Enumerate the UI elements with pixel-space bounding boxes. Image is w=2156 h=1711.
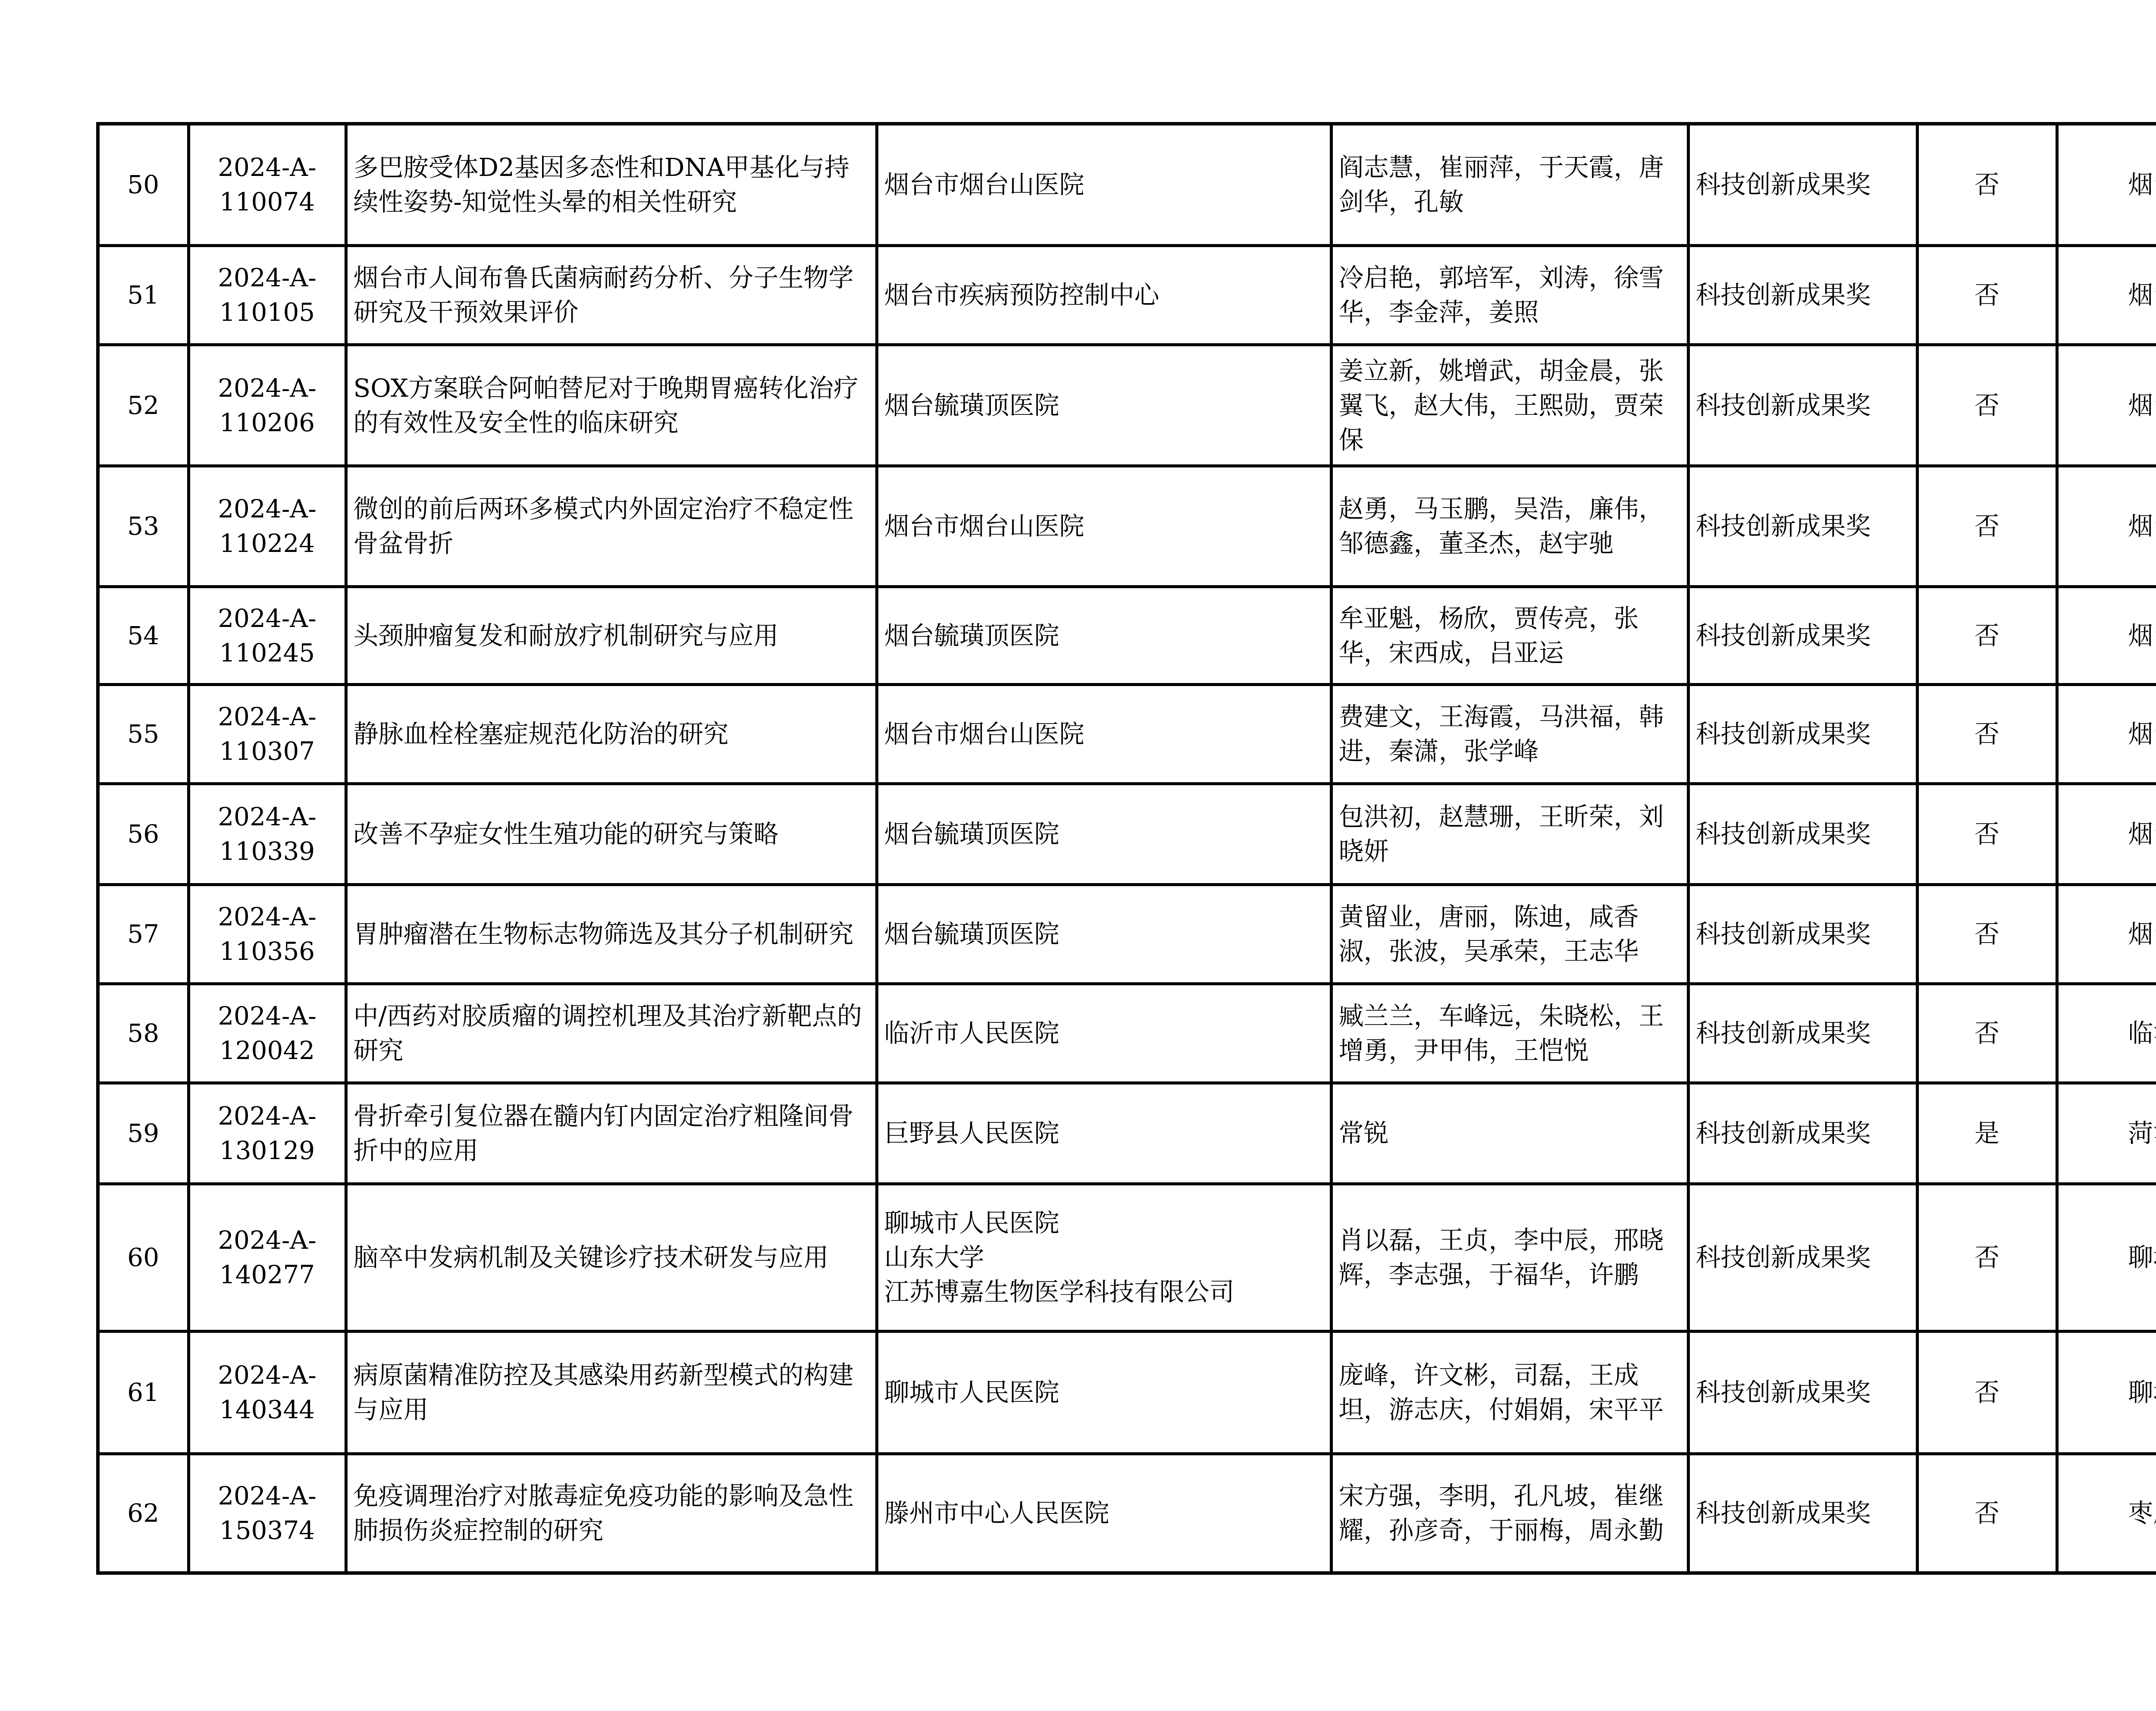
award-category-text: 科技创新成果奖 xyxy=(1696,511,1871,541)
project-id-number: 140344 xyxy=(196,1392,338,1427)
project-id: 2024-A- 110074 xyxy=(188,124,346,245)
project-title: 免疫调理治疗对脓毒症免疫功能的影响及急性肺损伤炎症控制的研究 xyxy=(346,1454,877,1573)
institution-name: 滕州市中心人民医院 xyxy=(884,1496,1324,1530)
completers-text: 庞峰，许文彬，司磊，王成坦，游志庆，付娟娟，宋平平 xyxy=(1339,1360,1664,1424)
award-category: 科技创新成果奖 xyxy=(1688,586,1917,684)
completing-institutions: 烟台市烟台山医院 xyxy=(877,124,1331,245)
yes-no-flag: 否 xyxy=(1917,345,2057,466)
recommending-unit-text: 临沂市医学会 xyxy=(2128,1018,2156,1048)
yes-no-flag-text: 否 xyxy=(1974,1378,1999,1407)
table-row: 55 2024-A- 110307 静脉血栓栓塞症规范化防治的研究 烟台市烟台山… xyxy=(98,684,2156,783)
project-title: SOX方案联合阿帕替尼对于晚期胃癌转化治疗的有效性及安全性的临床研究 xyxy=(346,345,877,466)
project-title: 脑卒中发病机制及关键诊疗技术研发与应用 xyxy=(346,1184,877,1331)
institution-name: 烟台市烟台山医院 xyxy=(884,717,1324,751)
award-category-text: 科技创新成果奖 xyxy=(1696,819,1871,849)
project-title: 头颈肿瘤复发和耐放疗机制研究与应用 xyxy=(346,586,877,684)
project-title: 多巴胺受体D2基因多态性和DNA甲基化与持续性姿势-知觉性头晕的相关性研究 xyxy=(346,124,877,245)
project-title-text: SOX方案联合阿帕替尼对于晚期胃癌转化治疗的有效性及安全性的临床研究 xyxy=(354,373,859,437)
project-id-prefix: 2024-A- xyxy=(196,1223,338,1257)
project-id: 2024-A- 110206 xyxy=(188,345,346,466)
project-title-text: 改善不孕症女性生殖功能的研究与策略 xyxy=(354,819,779,849)
row-number-text: 55 xyxy=(127,719,159,749)
institution-name: 烟台市烟台山医院 xyxy=(884,167,1324,202)
table-body: 50 2024-A- 110074 多巴胺受体D2基因多态性和DNA甲基化与持续… xyxy=(98,124,2156,1573)
project-title-text: 微创的前后两环多模式内外固定治疗不稳定性骨盆骨折 xyxy=(354,494,854,558)
row-number: 55 xyxy=(98,684,188,783)
completers: 黄留业，唐丽，陈迪，咸香淑，张波，吴承荣，王志华 xyxy=(1331,884,1688,984)
project-id-prefix: 2024-A- xyxy=(196,371,338,405)
completers-text: 姜立新，姚增武，胡金晨，张翼飞，赵大伟，王熙勋，贾荣保 xyxy=(1339,356,1664,454)
project-id-number: 110105 xyxy=(196,295,338,329)
project-title: 胃肿瘤潜在生物标志物筛选及其分子机制研究 xyxy=(346,884,877,984)
project-id: 2024-A- 130129 xyxy=(188,1083,346,1184)
recommending-unit-text: 烟台市医学会 xyxy=(2128,280,2156,310)
yes-no-flag-text: 否 xyxy=(1974,170,1999,199)
award-category-text: 科技创新成果奖 xyxy=(1696,1119,1871,1148)
completing-institutions: 烟台市疾病预防控制中心 xyxy=(877,245,1331,345)
recommending-unit-text: 聊城市医学会 xyxy=(2128,1243,2156,1272)
completing-institutions: 烟台毓璜顶医院 xyxy=(877,586,1331,684)
award-category-text: 科技创新成果奖 xyxy=(1696,1498,1871,1528)
yes-no-flag: 是 xyxy=(1917,1083,2057,1184)
project-id-prefix: 2024-A- xyxy=(196,150,338,185)
project-id-prefix: 2024-A- xyxy=(196,492,338,526)
recommending-unit-text: 聊城市医学会 xyxy=(2128,1378,2156,1407)
table-row: 60 2024-A- 140277 脑卒中发病机制及关键诊疗技术研发与应用 聊城… xyxy=(98,1184,2156,1331)
project-title-text: 中/西药对胶质瘤的调控机理及其治疗新靶点的研究 xyxy=(354,1001,862,1065)
recommending-unit: 菏泽市医学会 xyxy=(2057,1083,2156,1184)
project-id: 2024-A- 110339 xyxy=(188,783,346,884)
institution-name: 江苏博嘉生物医学科技有限公司 xyxy=(884,1275,1324,1309)
document-page: 50 2024-A- 110074 多巴胺受体D2基因多态性和DNA甲基化与持续… xyxy=(0,0,2156,1711)
project-id: 2024-A- 110307 xyxy=(188,684,346,783)
completers: 宋方强，李明，孔凡坡，崔继耀，孙彦奇，于丽梅，周永勤 xyxy=(1331,1454,1688,1573)
table-row: 51 2024-A- 110105 烟台市人间布鲁氏菌病耐药分析、分子生物学研究… xyxy=(98,245,2156,345)
row-number-text: 60 xyxy=(127,1243,159,1272)
project-id-number: 130129 xyxy=(196,1133,338,1168)
yes-no-flag: 否 xyxy=(1917,783,2057,884)
recommending-unit: 烟台市医学会 xyxy=(2057,783,2156,884)
row-number: 58 xyxy=(98,984,188,1083)
completers: 臧兰兰，车峰远，朱晓松，王增勇，尹甲伟，王恺悦 xyxy=(1331,984,1688,1083)
award-category: 科技创新成果奖 xyxy=(1688,1454,1917,1573)
row-number: 56 xyxy=(98,783,188,884)
yes-no-flag-text: 否 xyxy=(1974,280,1999,310)
yes-no-flag: 否 xyxy=(1917,586,2057,684)
project-id-prefix: 2024-A- xyxy=(196,1479,338,1513)
award-category-text: 科技创新成果奖 xyxy=(1696,719,1871,749)
table-row: 59 2024-A- 130129 骨折牵引复位器在髓内钉内固定治疗粗隆间骨折中… xyxy=(98,1083,2156,1184)
project-id: 2024-A- 140277 xyxy=(188,1184,346,1331)
project-id-number: 110245 xyxy=(196,636,338,670)
project-title-text: 骨折牵引复位器在髓内钉内固定治疗粗隆间骨折中的应用 xyxy=(354,1101,854,1165)
award-category-text: 科技创新成果奖 xyxy=(1696,280,1871,310)
completers: 姜立新，姚增武，胡金晨，张翼飞，赵大伟，王熙勋，贾荣保 xyxy=(1331,345,1688,466)
institution-name: 聊城市人民医院 xyxy=(884,1206,1324,1240)
completing-institutions: 烟台毓璜顶医院 xyxy=(877,884,1331,984)
award-category-text: 科技创新成果奖 xyxy=(1696,391,1871,420)
project-title: 烟台市人间布鲁氏菌病耐药分析、分子生物学研究及干预效果评价 xyxy=(346,245,877,345)
row-number: 60 xyxy=(98,1184,188,1331)
completers-text: 肖以磊，王贞，李中辰，邢晓辉，李志强，于福华，许鹏 xyxy=(1339,1225,1664,1289)
yes-no-flag-text: 否 xyxy=(1974,511,1999,541)
award-category: 科技创新成果奖 xyxy=(1688,1331,1917,1454)
award-category: 科技创新成果奖 xyxy=(1688,783,1917,884)
table-row: 58 2024-A- 120042 中/西药对胶质瘤的调控机理及其治疗新靶点的研… xyxy=(98,984,2156,1083)
yes-no-flag: 否 xyxy=(1917,684,2057,783)
award-category-text: 科技创新成果奖 xyxy=(1696,919,1871,949)
recommending-unit-text: 烟台市医学会 xyxy=(2128,919,2156,949)
recommending-unit: 烟台市医学会 xyxy=(2057,345,2156,466)
row-number-text: 59 xyxy=(127,1119,159,1148)
row-number-text: 62 xyxy=(127,1498,159,1528)
project-id: 2024-A- 110224 xyxy=(188,466,346,586)
table-row: 52 2024-A- 110206 SOX方案联合阿帕替尼对于晚期胃癌转化治疗的… xyxy=(98,345,2156,466)
yes-no-flag-text: 否 xyxy=(1974,1018,1999,1048)
recommending-unit: 烟台市医学会 xyxy=(2057,884,2156,984)
yes-no-flag-text: 否 xyxy=(1974,621,1999,650)
completers: 肖以磊，王贞，李中辰，邢晓辉，李志强，于福华，许鹏 xyxy=(1331,1184,1688,1331)
recommending-unit-text: 烟台市医学会 xyxy=(2128,719,2156,749)
award-category: 科技创新成果奖 xyxy=(1688,1184,1917,1331)
completers: 费建文，王海霞，马洪福，韩进，秦潇，张学峰 xyxy=(1331,684,1688,783)
award-category: 科技创新成果奖 xyxy=(1688,345,1917,466)
award-category-text: 科技创新成果奖 xyxy=(1696,170,1871,199)
project-title: 骨折牵引复位器在髓内钉内固定治疗粗隆间骨折中的应用 xyxy=(346,1083,877,1184)
row-number-text: 58 xyxy=(127,1018,159,1048)
award-category: 科技创新成果奖 xyxy=(1688,984,1917,1083)
project-title: 改善不孕症女性生殖功能的研究与策略 xyxy=(346,783,877,884)
row-number-text: 50 xyxy=(127,170,159,199)
project-id-number: 110356 xyxy=(196,934,338,968)
award-category: 科技创新成果奖 xyxy=(1688,684,1917,783)
project-id: 2024-A- 110356 xyxy=(188,884,346,984)
project-title-text: 免疫调理治疗对脓毒症免疫功能的影响及急性肺损伤炎症控制的研究 xyxy=(354,1481,854,1545)
yes-no-flag-text: 否 xyxy=(1974,919,1999,949)
completers-text: 常锐 xyxy=(1339,1119,1389,1148)
recommending-unit: 烟台市医学会 xyxy=(2057,245,2156,345)
row-number: 61 xyxy=(98,1331,188,1454)
recommending-unit-text: 菏泽市医学会 xyxy=(2128,1119,2156,1148)
yes-no-flag-text: 否 xyxy=(1974,391,1999,420)
row-number: 53 xyxy=(98,466,188,586)
yes-no-flag: 否 xyxy=(1917,1184,2057,1331)
completers-text: 费建文，王海霞，马洪福，韩进，秦潇，张学峰 xyxy=(1339,702,1664,766)
institution-name: 烟台毓璜顶医院 xyxy=(884,917,1324,951)
project-id-prefix: 2024-A- xyxy=(196,1099,338,1133)
institution-name: 临沂市人民医院 xyxy=(884,1016,1324,1050)
completers: 赵勇，马玉鹏，吴浩，廉伟，邹德鑫，董圣杰，赵宇驰 xyxy=(1331,466,1688,586)
award-category-text: 科技创新成果奖 xyxy=(1696,1378,1871,1407)
recommending-unit: 烟台市医学会 xyxy=(2057,124,2156,245)
institution-name: 巨野县人民医院 xyxy=(884,1116,1324,1150)
recommending-unit: 烟台市医学会 xyxy=(2057,466,2156,586)
project-id-prefix: 2024-A- xyxy=(196,699,338,734)
row-number: 51 xyxy=(98,245,188,345)
awards-table: 50 2024-A- 110074 多巴胺受体D2基因多态性和DNA甲基化与持续… xyxy=(96,122,2156,1575)
completers-text: 阎志慧，崔丽萍，于天霞，唐剑华，孔敏 xyxy=(1339,153,1664,216)
project-title-text: 脑卒中发病机制及关键诊疗技术研发与应用 xyxy=(354,1243,829,1272)
recommending-unit-text: 烟台市医学会 xyxy=(2128,511,2156,541)
institution-name: 烟台市烟台山医院 xyxy=(884,509,1324,543)
project-id-number: 120042 xyxy=(196,1033,338,1068)
completing-institutions: 烟台市烟台山医院 xyxy=(877,466,1331,586)
yes-no-flag: 否 xyxy=(1917,884,2057,984)
completing-institutions: 烟台毓璜顶医院 xyxy=(877,345,1331,466)
row-number: 62 xyxy=(98,1454,188,1573)
yes-no-flag-text: 否 xyxy=(1974,719,1999,749)
completing-institutions: 烟台市烟台山医院 xyxy=(877,684,1331,783)
table-row: 53 2024-A- 110224 微创的前后两环多模式内外固定治疗不稳定性骨盆… xyxy=(98,466,2156,586)
completers: 庞峰，许文彬，司磊，王成坦，游志庆，付娟娟，宋平平 xyxy=(1331,1331,1688,1454)
row-number-text: 52 xyxy=(127,391,159,420)
completers: 包洪初，赵慧珊，王昕荣，刘晓妍 xyxy=(1331,783,1688,884)
completers-text: 臧兰兰，车峰远，朱晓松，王增勇，尹甲伟，王恺悦 xyxy=(1339,1001,1664,1065)
institution-name: 山东大学 xyxy=(884,1240,1324,1275)
table-row: 57 2024-A- 110356 胃肿瘤潜在生物标志物筛选及其分子机制研究 烟… xyxy=(98,884,2156,984)
project-title: 静脉血栓栓塞症规范化防治的研究 xyxy=(346,684,877,783)
completing-institutions: 滕州市中心人民医院 xyxy=(877,1454,1331,1573)
table-row: 62 2024-A- 150374 免疫调理治疗对脓毒症免疫功能的影响及急性肺损… xyxy=(98,1454,2156,1573)
yes-no-flag-text: 否 xyxy=(1974,1498,1999,1528)
table-row: 50 2024-A- 110074 多巴胺受体D2基因多态性和DNA甲基化与持续… xyxy=(98,124,2156,245)
completers-text: 宋方强，李明，孔凡坡，崔继耀，孙彦奇，于丽梅，周永勤 xyxy=(1339,1481,1664,1545)
project-title-text: 烟台市人间布鲁氏菌病耐药分析、分子生物学研究及干预效果评价 xyxy=(354,263,854,327)
institution-name: 烟台毓璜顶医院 xyxy=(884,817,1324,851)
yes-no-flag: 否 xyxy=(1917,984,2057,1083)
recommending-unit: 枣庄市医学会 xyxy=(2057,1454,2156,1573)
project-id-prefix: 2024-A- xyxy=(196,1358,338,1392)
recommending-unit: 烟台市医学会 xyxy=(2057,684,2156,783)
yes-no-flag: 否 xyxy=(1917,245,2057,345)
completing-institutions: 烟台毓璜顶医院 xyxy=(877,783,1331,884)
project-id-prefix: 2024-A- xyxy=(196,999,338,1033)
award-category: 科技创新成果奖 xyxy=(1688,1083,1917,1184)
project-id-number: 110074 xyxy=(196,185,338,219)
recommending-unit: 临沂市医学会 xyxy=(2057,984,2156,1083)
award-category: 科技创新成果奖 xyxy=(1688,884,1917,984)
project-id-prefix: 2024-A- xyxy=(196,601,338,636)
recommending-unit: 烟台市医学会 xyxy=(2057,586,2156,684)
institution-name: 烟台毓璜顶医院 xyxy=(884,388,1324,423)
yes-no-flag-text: 否 xyxy=(1974,819,1999,849)
yes-no-flag: 否 xyxy=(1917,1454,2057,1573)
recommending-unit-text: 烟台市医学会 xyxy=(2128,621,2156,650)
row-number-text: 53 xyxy=(127,511,159,541)
recommending-unit: 聊城市医学会 xyxy=(2057,1331,2156,1454)
completing-institutions: 巨野县人民医院 xyxy=(877,1083,1331,1184)
completers: 常锐 xyxy=(1331,1083,1688,1184)
project-title: 微创的前后两环多模式内外固定治疗不稳定性骨盆骨折 xyxy=(346,466,877,586)
yes-no-flag: 否 xyxy=(1917,124,2057,245)
completers-text: 冷启艳，郭培军，刘涛，徐雪华，李金萍，姜照 xyxy=(1339,263,1664,327)
project-id: 2024-A- 120042 xyxy=(188,984,346,1083)
yes-no-flag: 否 xyxy=(1917,1331,2057,1454)
row-number: 54 xyxy=(98,586,188,684)
row-number: 57 xyxy=(98,884,188,984)
project-title-text: 病原菌精准防控及其感染用药新型模式的构建与应用 xyxy=(354,1360,854,1424)
project-id-number: 150374 xyxy=(196,1513,338,1548)
recommending-unit-text: 烟台市医学会 xyxy=(2128,170,2156,199)
award-category: 科技创新成果奖 xyxy=(1688,466,1917,586)
recommending-unit: 聊城市医学会 xyxy=(2057,1184,2156,1331)
project-title-text: 静脉血栓栓塞症规范化防治的研究 xyxy=(354,719,729,749)
project-id-number: 110224 xyxy=(196,526,338,561)
recommending-unit-text: 烟台市医学会 xyxy=(2128,391,2156,420)
table-row: 56 2024-A- 110339 改善不孕症女性生殖功能的研究与策略 烟台毓璜… xyxy=(98,783,2156,884)
table-row: 61 2024-A- 140344 病原菌精准防控及其感染用药新型模式的构建与应… xyxy=(98,1331,2156,1454)
project-id: 2024-A- 140344 xyxy=(188,1331,346,1454)
institution-name: 烟台毓璜顶医院 xyxy=(884,618,1324,653)
row-number: 52 xyxy=(98,345,188,466)
institution-name: 聊城市人民医院 xyxy=(884,1375,1324,1410)
completers: 阎志慧，崔丽萍，于天霞，唐剑华，孔敏 xyxy=(1331,124,1688,245)
yes-no-flag: 否 xyxy=(1917,466,2057,586)
project-id-number: 110339 xyxy=(196,834,338,868)
award-category: 科技创新成果奖 xyxy=(1688,245,1917,345)
row-number-text: 56 xyxy=(127,819,159,849)
award-category-text: 科技创新成果奖 xyxy=(1696,1018,1871,1048)
yes-no-flag-text: 是 xyxy=(1974,1119,1999,1148)
row-number-text: 51 xyxy=(127,280,159,310)
completers-text: 牟亚魁，杨欣，贾传亮，张华，宋西成，吕亚运 xyxy=(1339,604,1639,667)
completing-institutions: 聊城市人民医院 xyxy=(877,1331,1331,1454)
project-id-prefix: 2024-A- xyxy=(196,799,338,834)
yes-no-flag-text: 否 xyxy=(1974,1243,1999,1272)
project-title: 病原菌精准防控及其感染用药新型模式的构建与应用 xyxy=(346,1331,877,1454)
project-id-number: 140277 xyxy=(196,1257,338,1292)
completers: 冷启艳，郭培军，刘涛，徐雪华，李金萍，姜照 xyxy=(1331,245,1688,345)
project-title-text: 头颈肿瘤复发和耐放疗机制研究与应用 xyxy=(354,621,779,650)
project-title: 中/西药对胶质瘤的调控机理及其治疗新靶点的研究 xyxy=(346,984,877,1083)
project-title-text: 多巴胺受体D2基因多态性和DNA甲基化与持续性姿势-知觉性头晕的相关性研究 xyxy=(354,153,850,216)
award-category: 科技创新成果奖 xyxy=(1688,124,1917,245)
completers-text: 黄留业，唐丽，陈迪，咸香淑，张波，吴承荣，王志华 xyxy=(1339,902,1639,966)
row-number-text: 54 xyxy=(127,621,159,650)
recommending-unit-text: 枣庄市医学会 xyxy=(2128,1498,2156,1528)
completers-text: 包洪初，赵慧珊，王昕荣，刘晓妍 xyxy=(1339,802,1664,866)
award-category-text: 科技创新成果奖 xyxy=(1696,1243,1871,1272)
recommending-unit-text: 烟台市医学会 xyxy=(2128,819,2156,849)
completers: 牟亚魁，杨欣，贾传亮，张华，宋西成，吕亚运 xyxy=(1331,586,1688,684)
row-number: 50 xyxy=(98,124,188,245)
row-number-text: 57 xyxy=(127,919,159,949)
project-id-number: 110307 xyxy=(196,734,338,768)
award-category-text: 科技创新成果奖 xyxy=(1696,621,1871,650)
project-id-prefix: 2024-A- xyxy=(196,899,338,934)
project-id-prefix: 2024-A- xyxy=(196,260,338,295)
table-row: 54 2024-A- 110245 头颈肿瘤复发和耐放疗机制研究与应用 烟台毓璜… xyxy=(98,586,2156,684)
project-id: 2024-A- 150374 xyxy=(188,1454,346,1573)
completing-institutions: 聊城市人民医院山东大学江苏博嘉生物医学科技有限公司 xyxy=(877,1184,1331,1331)
row-number-text: 61 xyxy=(127,1378,159,1407)
project-title-text: 胃肿瘤潜在生物标志物筛选及其分子机制研究 xyxy=(354,919,854,949)
project-id-number: 110206 xyxy=(196,405,338,440)
institution-name: 烟台市疾病预防控制中心 xyxy=(884,278,1324,312)
row-number: 59 xyxy=(98,1083,188,1184)
project-id: 2024-A- 110245 xyxy=(188,586,346,684)
completing-institutions: 临沂市人民医院 xyxy=(877,984,1331,1083)
completers-text: 赵勇，马玉鹏，吴浩，廉伟，邹德鑫，董圣杰，赵宇驰 xyxy=(1339,494,1664,558)
project-id: 2024-A- 110105 xyxy=(188,245,346,345)
